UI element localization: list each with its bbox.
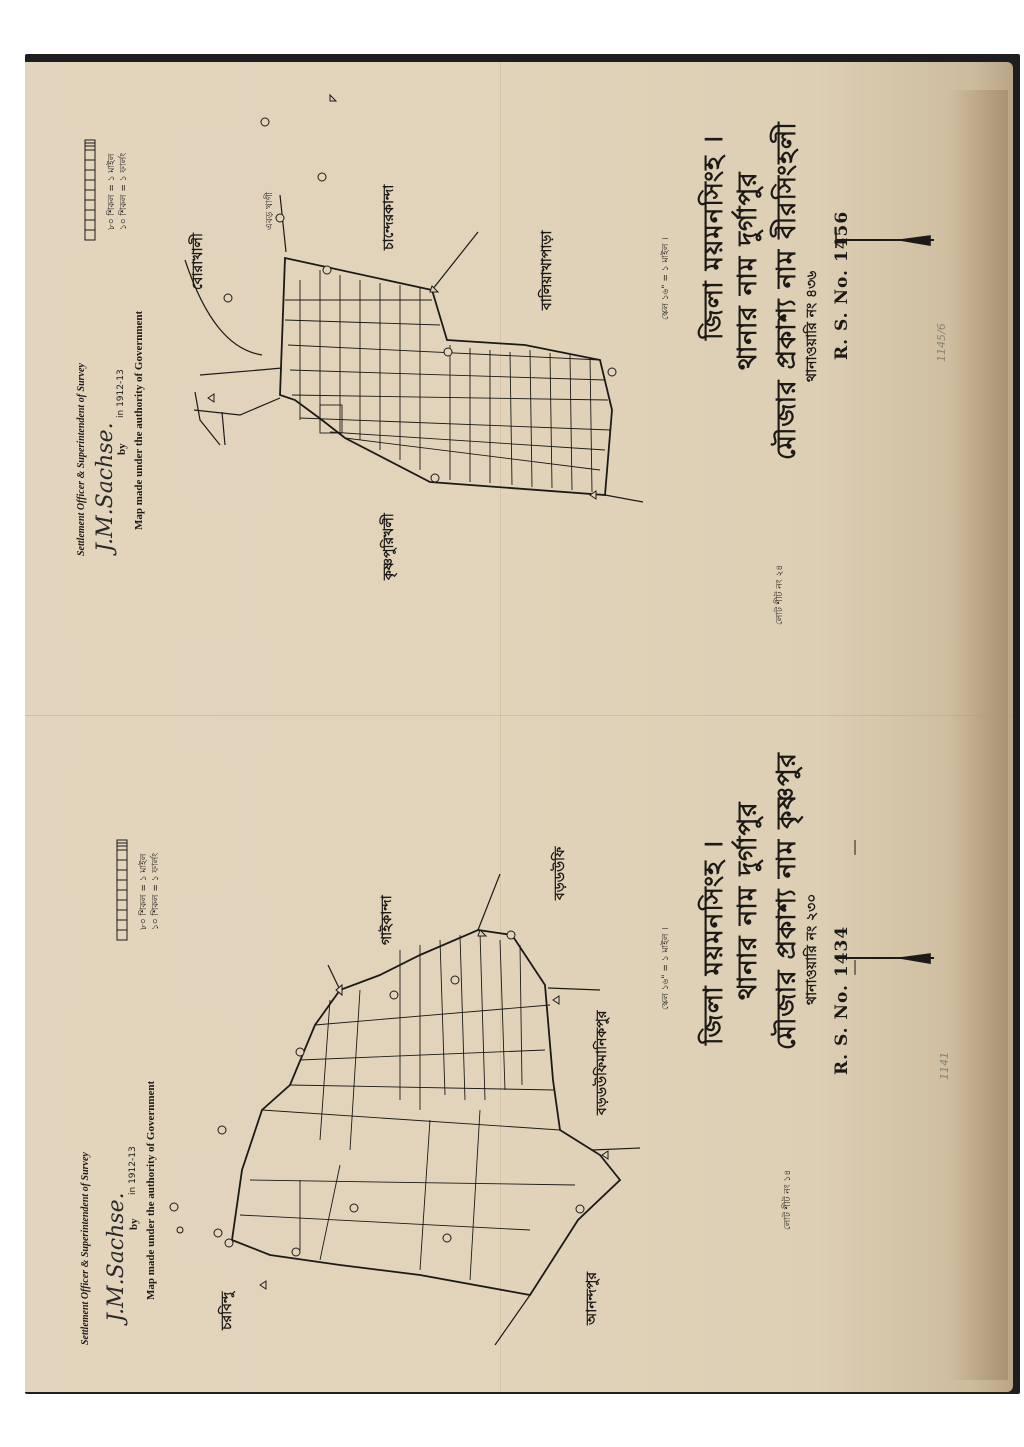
lower-signature: J.M.Sachse. bbox=[104, 1192, 129, 1322]
upper-mouza-name: মৌজার প্রকাশ্য নাম বীরসিংহলী bbox=[766, 121, 810, 460]
lower-neighbor-label: আনন্দপুর bbox=[580, 1272, 604, 1325]
upper-village-boundary bbox=[185, 195, 643, 502]
lower-mouza-name: মৌজার প্রকাশ্য নাম কৃষ্ণপুর bbox=[766, 752, 810, 1050]
lower-rs-number: R. S. No. 1434 bbox=[832, 926, 852, 1075]
upper-small-label: এবড় খাগী bbox=[262, 192, 277, 230]
lower-year-text: in 1912-13 bbox=[128, 1146, 138, 1195]
upper-officer-title: Settlement Officer & Superintendent of S… bbox=[76, 363, 87, 556]
lower-authority-text: Map made under the authority of Governme… bbox=[145, 1081, 157, 1300]
upper-scale-note: স্কেল ১৬" = ১ মাইল । bbox=[658, 237, 673, 320]
lower-sheet-number: লোট শীট নং ১৪ bbox=[780, 1170, 795, 1230]
upper-year-text: in 1912-13 bbox=[116, 369, 126, 418]
lower-pencil-note: 1141 bbox=[938, 1052, 951, 1080]
lower-scale-note: স্কেল ১৬" = ১ মাইল । bbox=[658, 927, 673, 1010]
upper-signature: J.M.Sachse. bbox=[93, 422, 118, 552]
lower-boundary-markers bbox=[170, 930, 608, 1289]
lower-by-text: by bbox=[128, 1218, 140, 1230]
lower-village-boundary bbox=[232, 874, 640, 1345]
lower-parcels bbox=[240, 932, 575, 1280]
scale-bar-lower bbox=[117, 840, 127, 940]
lower-district: জিলা ময়মনসিংহ । bbox=[693, 840, 737, 1045]
upper-sheet-number: লোট শীট নং ২৪ bbox=[772, 565, 787, 625]
upper-neighbor-label: চান্দেরকান্দা bbox=[377, 185, 401, 250]
upper-district: জিলা ময়মনসিংহ । bbox=[693, 135, 737, 340]
lower-neighbor-label: বড়ডউফিমানিকপুর bbox=[590, 1011, 614, 1115]
lower-neighbor-label: বড়ডউফি bbox=[548, 847, 572, 900]
upper-scale-label: ৮০ শিকল = ১ মাইল bbox=[104, 154, 119, 230]
upper-neighbor-label: বোরাখালী bbox=[186, 233, 210, 290]
lower-scale-label: ৮০ শিকল = ১ মাইল bbox=[136, 854, 151, 930]
lower-neighbor-label: চরবিন্দু bbox=[215, 1292, 239, 1330]
lower-neighbor-label: গাইকান্দা bbox=[375, 895, 399, 945]
upper-neighbor-label: কৃষ্ণপুরিখলী bbox=[377, 513, 401, 580]
upper-rs-number: R. S. No. 1456 bbox=[832, 211, 852, 360]
upper-authority-text: Map made under the authority of Governme… bbox=[133, 311, 145, 530]
lower-officer-title: Settlement Officer & Superintendent of S… bbox=[80, 1152, 91, 1345]
upper-neighbor-label: বালিয়াখাপাড়া bbox=[535, 231, 559, 310]
scale-bar-upper bbox=[85, 140, 95, 240]
upper-parcels bbox=[285, 270, 610, 492]
upper-pencil-note: 1145/6 bbox=[935, 323, 948, 362]
